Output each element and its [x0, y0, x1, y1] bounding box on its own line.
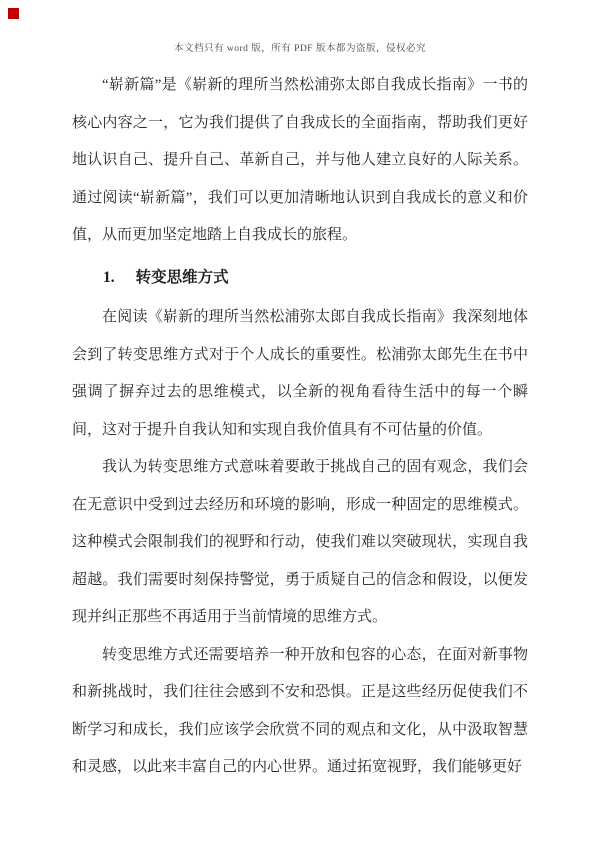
section-heading-number: 1.	[103, 259, 115, 297]
piracy-warning-notice: 本文档只有 word 版，所有 PDF 版本都为盗版，侵权必究	[0, 43, 600, 56]
body-paragraph: 转变思维方式还需要培养一种开放和包容的心态，在面对新事物和新挑战时，我们往往会感…	[72, 637, 528, 787]
section-heading-title: 转变思维方式	[136, 269, 229, 286]
document-page: 本文档只有 word 版，所有 PDF 版本都为盗版，侵权必究 “崭新篇”是《崭…	[0, 0, 600, 848]
body-paragraph: 在阅读《崭新的理所当然松浦弥太郎自我成长指南》我深刻地体会到了转变思维方式对于个…	[72, 299, 528, 449]
intro-paragraph: “崭新篇”是《崭新的理所当然松浦弥太郎自我成长指南》一书的核心内容之一，它为我们…	[72, 67, 528, 255]
red-corner-mark	[8, 8, 19, 19]
section-heading: 1.转变思维方式	[72, 259, 528, 297]
document-body: “崭新篇”是《崭新的理所当然松浦弥太郎自我成长指南》一书的核心内容之一，它为我们…	[72, 67, 528, 787]
body-paragraph: 我认为转变思维方式意味着要敢于挑战自己的固有观念，我们会在无意识中受到过去经历和…	[72, 449, 528, 637]
